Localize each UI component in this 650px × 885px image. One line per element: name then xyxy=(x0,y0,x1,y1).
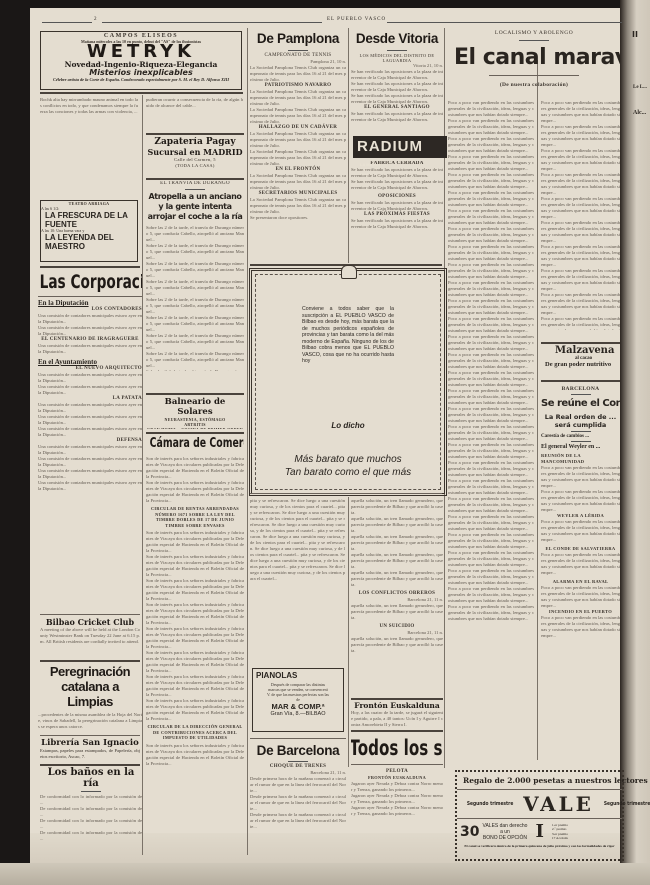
libreria-ad: Librería San Ignacio Estampas, papeles p… xyxy=(40,738,140,763)
vitoria-article: Desde Vitoria LOS MÉDICOS DEL DISTRITO D… xyxy=(351,30,443,136)
vale-title: VALE xyxy=(523,792,594,816)
mancomunidad-article: BARCELONA Se reúne el Consejo pleno de l… xyxy=(541,386,620,761)
article-title: Las Corporaciones xyxy=(40,270,141,294)
balneario-ad: Balneario de Solares NEURASTENIA, ESTÓMA… xyxy=(146,397,244,429)
article-body: pita y se refrescaron. Se dice luego a u… xyxy=(250,498,345,648)
corporaciones-article: Las Corporaciones En la Diputación LOS C… xyxy=(38,270,142,585)
ad-said: Lo dicho xyxy=(252,421,444,430)
vale-coupon-ad: Regalo de 2.000 pesetas a nuestros lecto… xyxy=(455,770,624,861)
malzavena-ad: Malzavena al cacao De gran poder nutriti… xyxy=(541,345,620,375)
adjacent-page-edge xyxy=(620,0,650,885)
barcelona-article: De Barcelona CHOQUE DE TRENES Barcelona … xyxy=(250,742,346,857)
ad-slogan-1: Más barato que muchos xyxy=(252,454,444,465)
scan-bottom-edge xyxy=(0,863,650,885)
cricket-notice: Bilbao Cricket Club A meeting of the abo… xyxy=(40,617,140,657)
ad-subtitle: Misterios inexplicables xyxy=(41,69,241,77)
subscription-ad: Conviene a todos saber que la suscripció… xyxy=(249,268,447,496)
article-headline: Atropella a un anciano y la gente intent… xyxy=(146,192,244,222)
paper-name: EL PUEBLO VASCO xyxy=(327,17,386,22)
canal-article-right: Poco a poco van perdiendo en las costumb… xyxy=(541,100,620,330)
campos-eliseos-ad: CAMPOS ELISEOS Mañana miércoles a las 10… xyxy=(40,31,242,90)
ad-slogan-2: Tan barato como el que más xyxy=(252,467,444,478)
pamplona-article: De Pamplona CAMPEONATO DE TENNIS Pamplon… xyxy=(250,30,346,262)
next-page-fragment: Le L... xyxy=(633,85,647,90)
article-headline: Se reúne el Consejo pleno de la Mancomun… xyxy=(541,397,620,411)
play-title-1: LA FRESCURA DE LA FUENTE xyxy=(41,211,137,229)
vitoria-article-cont: FÁBRICA CERRADA Se han verificado las op… xyxy=(351,161,443,261)
performer-name: WETRYK xyxy=(41,44,241,60)
camara-comercio-article: Cámara de Comercio Son de interés para l… xyxy=(146,436,244,766)
article-title: El canal maravilloso xyxy=(454,43,620,73)
next-page-fragment: II xyxy=(632,30,638,39)
radium-ad: RADIUMLA MEJOR AGUA DE MESA xyxy=(353,136,447,158)
peregrinacion-article: Peregrinación catalana a Limpias ...proc… xyxy=(38,664,142,729)
next-page-fragment: Alc... xyxy=(633,110,646,116)
pianolas-ad: PIANOLAS Después de comparar las distint… xyxy=(252,668,344,732)
page-number: 2 xyxy=(94,17,97,22)
section-heading: En la Diputación xyxy=(38,299,142,307)
ad-body: Conviene a todos saber que la suscripció… xyxy=(302,306,394,365)
teatro-arriaga-ad: TEATRO ARRIAGA A las 6 1/2: LA FRESCURA … xyxy=(40,200,138,262)
zapateria-ad: Zapatería Pagay Sucursal en MADRID Calle… xyxy=(146,137,244,177)
section-heading: En el Ayuntamiento xyxy=(38,358,142,366)
notice-title: Bilbao Cricket Club xyxy=(40,617,140,627)
canal-article-left: Poco a poco van perdiendo en las costumb… xyxy=(448,100,534,760)
mid-right-column: aquella solución, un tren llamado gerund… xyxy=(351,498,443,696)
article-intro: Bochk alta hay mirrumbado mauno animal e… xyxy=(40,97,138,192)
ad-credit: Célebre artista de la Corte de España. C… xyxy=(41,77,241,82)
fronton-notice: Frontón Euskalduna Hoy, a las cuatro de … xyxy=(351,701,443,729)
play-title-2: LA LEYENDA DEL MAESTRO xyxy=(41,233,137,251)
masthead: 2 EL PUEBLO VASCO xyxy=(42,17,622,27)
sports-article: Todos los sports PELOTA FRONTÓN EUSKALDU… xyxy=(351,734,443,856)
banos-article: Los baños en la ría De conformidad con l… xyxy=(40,767,142,857)
article-continuation: pudieran ocurrir a consecuencia de la rí… xyxy=(146,97,243,127)
article-title: Peregrinación catalana a Limpias xyxy=(38,664,142,709)
ornament-icon xyxy=(341,265,357,279)
tranvia-article: EL TRANVÍA DE DURANGO Atropella a un anc… xyxy=(146,181,244,371)
